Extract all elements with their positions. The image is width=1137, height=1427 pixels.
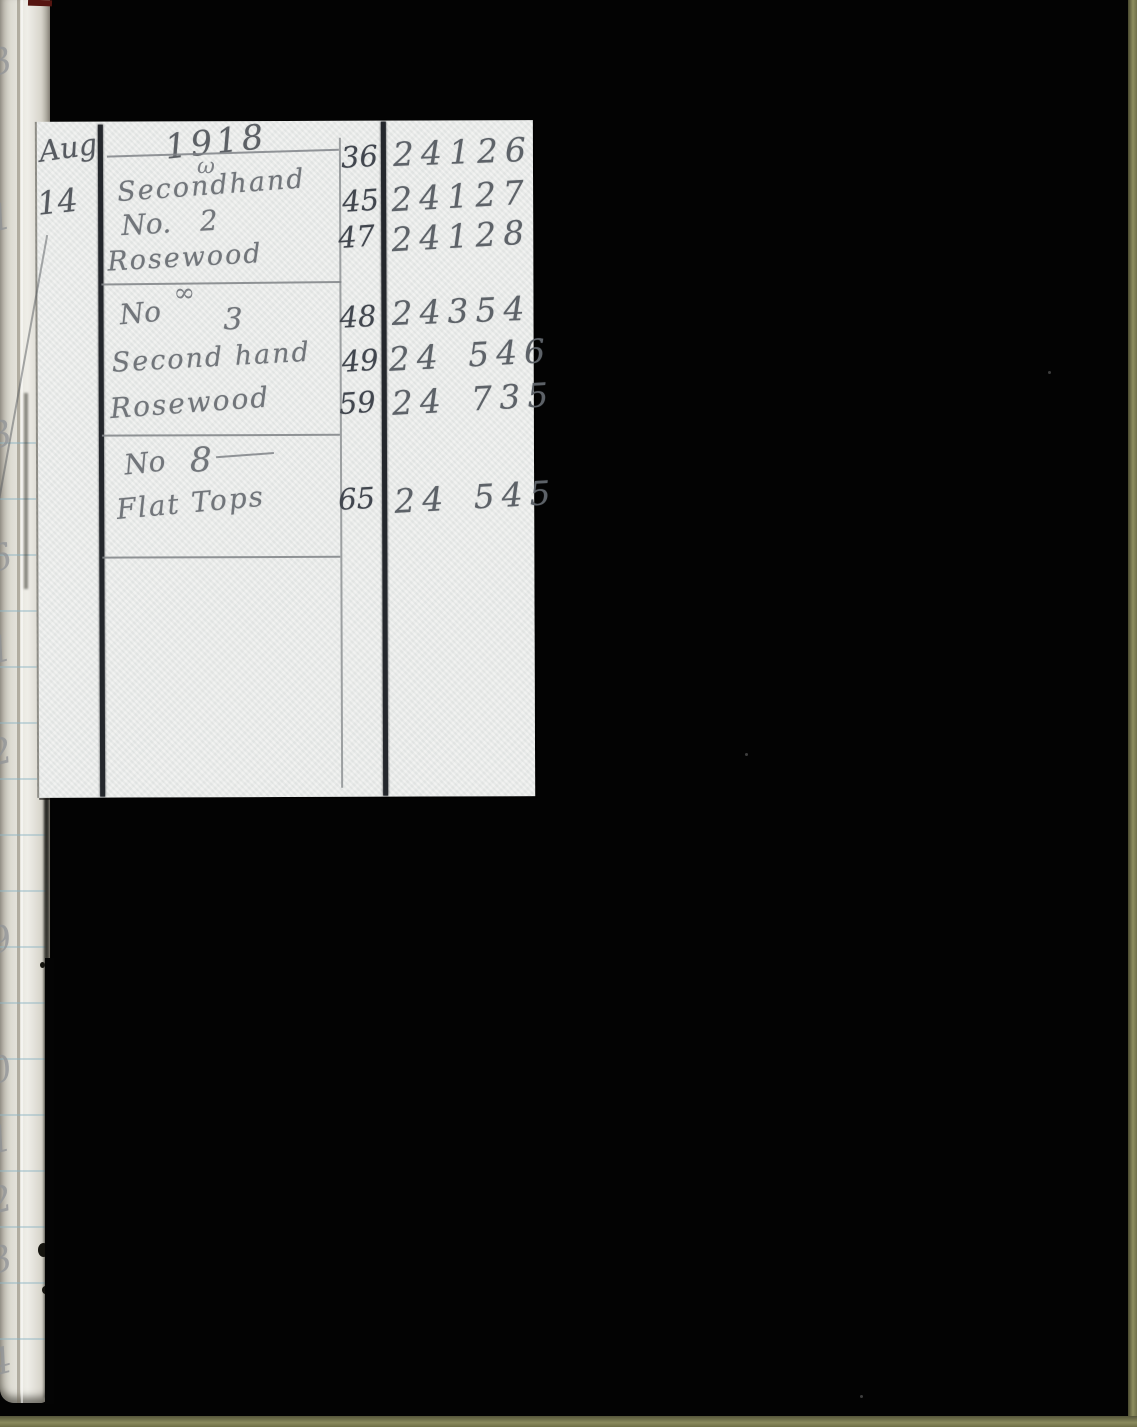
serial-number: 24128 bbox=[390, 213, 532, 260]
section2-no-label: No bbox=[118, 295, 162, 332]
section2-desc-line2: Second hand bbox=[111, 337, 312, 379]
year-heading: 1918 bbox=[163, 117, 269, 168]
section1-desc-line2: No. 2 bbox=[120, 204, 218, 242]
section1-desc-line3: Rosewood bbox=[107, 238, 264, 278]
section-divider bbox=[101, 281, 341, 286]
section-divider bbox=[102, 434, 340, 437]
serial-number: 24 735 bbox=[391, 375, 556, 423]
qty-value: 47 bbox=[337, 218, 376, 255]
qty-value: 36 bbox=[340, 139, 379, 175]
column-rule-heavy-right bbox=[381, 122, 388, 796]
edge-handwriting-mark: 1 bbox=[0, 196, 17, 241]
spine-dark-edge bbox=[24, 393, 28, 589]
scanned-ledger-page: 3 1 3 6 1 2 9 0 1 2 3 4 Aug 14 1918 ω Se… bbox=[0, 0, 1137, 1427]
dust-speck bbox=[745, 753, 748, 756]
edge-handwriting-mark: 3 bbox=[0, 40, 17, 85]
dust-speck bbox=[860, 1395, 863, 1398]
section2-desc-line3: Rosewood bbox=[109, 380, 271, 425]
scanner-bed-edge-right bbox=[1128, 0, 1137, 1427]
serial-number: 24127 bbox=[390, 173, 532, 220]
section3-model-number: 8 bbox=[190, 440, 212, 480]
section3-desc-line2: Flat Tops bbox=[115, 480, 266, 526]
qty-value: 49 bbox=[340, 342, 379, 379]
serial-number: 24354 bbox=[391, 289, 532, 333]
qty-value: 45 bbox=[341, 182, 380, 219]
scanner-bed-edge-bottom bbox=[0, 1416, 1137, 1427]
ledger-card: Aug 14 1918 ω Secondhand No. 2 Rosewood … bbox=[35, 120, 535, 798]
section3-no-label: No bbox=[122, 444, 167, 481]
model-number-flourish bbox=[216, 452, 274, 458]
section1-desc-line1: Secondhand bbox=[116, 163, 306, 208]
serial-number: 24 545 bbox=[393, 473, 558, 521]
serial-number: 24126 bbox=[392, 130, 533, 174]
qty-value: 65 bbox=[337, 481, 376, 517]
dust-speck bbox=[1048, 371, 1051, 374]
qty-value: 48 bbox=[339, 299, 378, 335]
column-rule-heavy-left bbox=[98, 125, 105, 797]
entry-month: Aug bbox=[37, 127, 99, 169]
serial-number: 24 546 bbox=[388, 331, 553, 379]
section2-model-number: 3 bbox=[223, 302, 242, 337]
section2-squiggle-mark: ∞ bbox=[173, 278, 195, 308]
section-divider bbox=[102, 556, 340, 559]
spine-taper-shadow bbox=[45, 958, 54, 1404]
entry-day: 14 bbox=[35, 181, 80, 223]
qty-value: 59 bbox=[338, 384, 377, 421]
binding-red-sliver bbox=[28, 0, 52, 6]
